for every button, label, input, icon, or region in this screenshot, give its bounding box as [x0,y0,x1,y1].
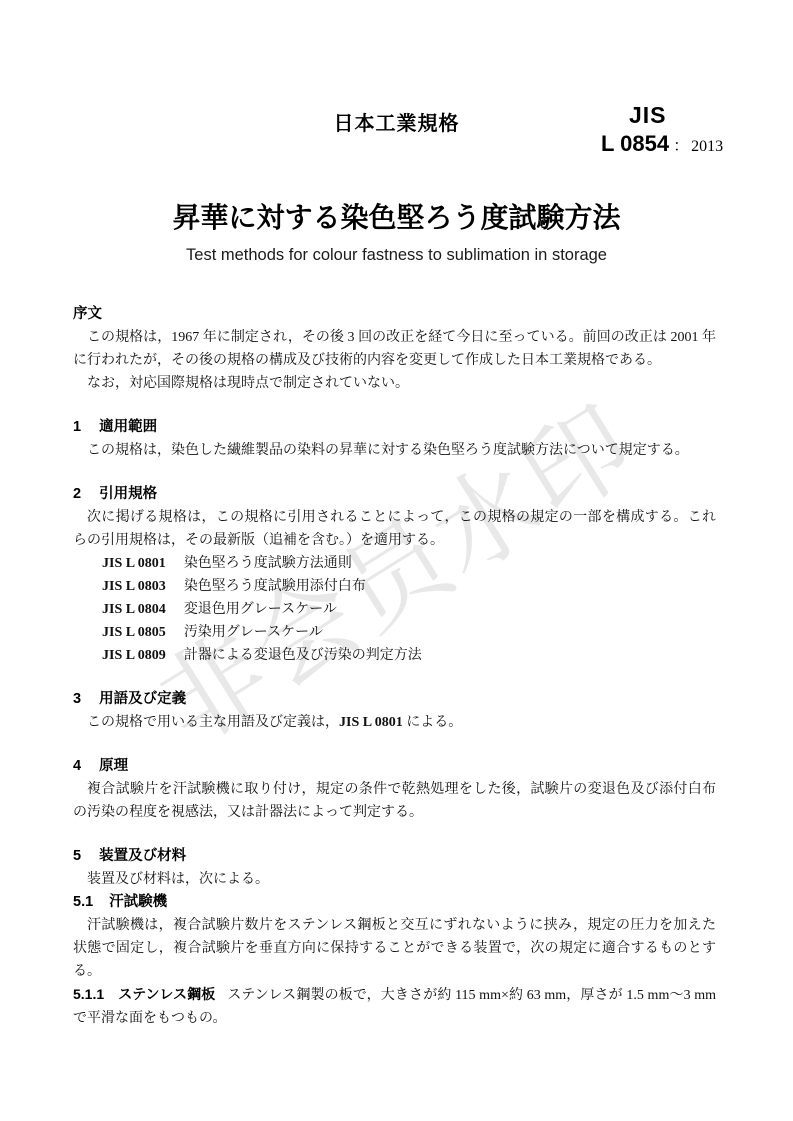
clause-paragraph: 5.1.1ステンレス鋼板ステンレス鋼製の板で，大きさが約 115 mm×約 63… [73,983,716,1030]
referenced-standard-code: JIS L 0801 [339,715,403,730]
jis-document-page: 非会员水印 日本工業規格 JIS L 0854：2013 昇華に対する染色堅ろう… [0,0,793,1121]
reference-item: JIS L 0801染色堅ろう度試験方法通則 [102,552,716,575]
standard-year: 2013 [691,138,723,155]
section-title: 装置及び材料 [99,848,186,864]
paragraph-text: による。 [403,715,463,730]
paragraph: 次に掲げる規格は，この規格に引用されることによって，この規格の規定の一部を構成す… [73,506,716,552]
reference-code: JIS L 0804 [102,602,166,617]
reference-code: JIS L 0809 [102,648,166,663]
section-number: 4 [73,755,81,778]
reference-title: 汚染用グレースケール [184,625,323,640]
standard-number: L 0854：2013 [601,131,723,157]
section-title: 用語及び定義 [99,691,186,707]
document-title: 昇華に対する染色堅ろう度試験方法 [0,196,793,236]
reference-item: JIS L 0803染色堅ろう度試験用添付白布 [102,575,716,598]
reference-item: JIS L 0805汚染用グレースケール [102,621,716,644]
reference-title: 変退色用グレースケール [184,602,337,617]
paragraph-text: 装置及び材料は，次による。 [87,872,269,887]
paragraph: この規格は，1967 年に制定され，その後 3 回の改正を経て今日に至っている。… [73,326,716,372]
paragraph: この規格で用いる主な用語及び定義は，JIS L 0801 による。 [73,711,716,734]
paragraph-text: この規格で用いる主な用語及び定義は， [87,715,339,730]
section-heading: 3用語及び定義 [73,688,716,711]
reference-title: 染色堅ろう度試験方法通則 [184,556,352,571]
section-number: 5 [73,845,81,868]
document-body: 序文この規格は，1967 年に制定され，その後 3 回の改正を経て今日に至ってい… [73,282,716,1030]
section-number: 3 [73,688,81,711]
paragraph: 汗試験機は，複合試験片数片をステンレス鋼板と交互にずれないように挟み，規定の圧力… [73,914,716,983]
reference-title: 計器による変退色及び汚染の判定方法 [184,648,422,663]
reference-title: 染色堅ろう度試験用添付白布 [184,579,366,594]
section-heading: 5装置及び材料 [73,845,716,868]
paragraph-text: 複合試験片を汗試験機に取り付け，規定の条件で乾熱処理をした後，試験片の変退色及び… [73,782,716,820]
section-number: 2 [73,483,81,506]
section-heading: 5.1汗試験機 [73,891,716,914]
reference-item: JIS L 0809計器による変退色及び汚染の判定方法 [102,644,716,667]
paragraph: 装置及び材料は，次による。 [73,868,716,891]
section-title: 原理 [99,758,128,774]
paragraph-text: なお，対応国際規格は現時点で制定されていない。 [87,376,409,391]
paragraph-text: この規格は，染色した繊維製品の染料の昇華に対する染色堅ろう度試験方法について規定… [87,443,689,458]
section-title: 適用範囲 [99,419,157,435]
clause-term: ステンレス鋼板 [118,986,215,1002]
paragraph: この規格は，染色した繊維製品の染料の昇華に対する染色堅ろう度試験方法について規定… [73,439,716,462]
clause-number: 5.1.1 [73,986,104,1002]
section-number: 1 [73,416,81,439]
paragraph-text: この規格は，1967 年に制定され，その後 3 回の改正を経て今日に至っている。… [73,330,716,368]
section-title: 序文 [73,306,102,322]
section-heading: 4原理 [73,755,716,778]
jis-mark: JIS [629,102,667,129]
paragraph-text: 次に掲げる規格は，この規格に引用されることによって，この規格の規定の一部を構成す… [73,510,716,548]
paragraph: なお，対応国際規格は現時点で制定されていない。 [73,372,716,395]
section-title: 汗試験機 [109,894,167,910]
section-heading: 1適用範囲 [73,416,716,439]
paragraph: 複合試験片を汗試験機に取り付け，規定の条件で乾熱処理をした後，試験片の変退色及び… [73,778,716,824]
reference-code: JIS L 0803 [102,579,166,594]
section-number: 5.1 [73,891,93,914]
reference-code: JIS L 0805 [102,625,166,640]
section-title: 引用規格 [99,486,157,502]
reference-code: JIS L 0801 [102,556,166,571]
document-subtitle-en: Test methods for colour fastness to subl… [0,246,793,265]
reference-item: JIS L 0804変退色用グレースケール [102,598,716,621]
paragraph-text: 汗試験機は，複合試験片数片をステンレス鋼板と交互にずれないように挟み，規定の圧力… [73,918,716,979]
standard-code-colon: ： [673,138,689,155]
standard-code: L 0854 [601,131,669,156]
section-heading: 序文 [73,303,716,326]
section-heading: 2引用規格 [73,483,716,506]
